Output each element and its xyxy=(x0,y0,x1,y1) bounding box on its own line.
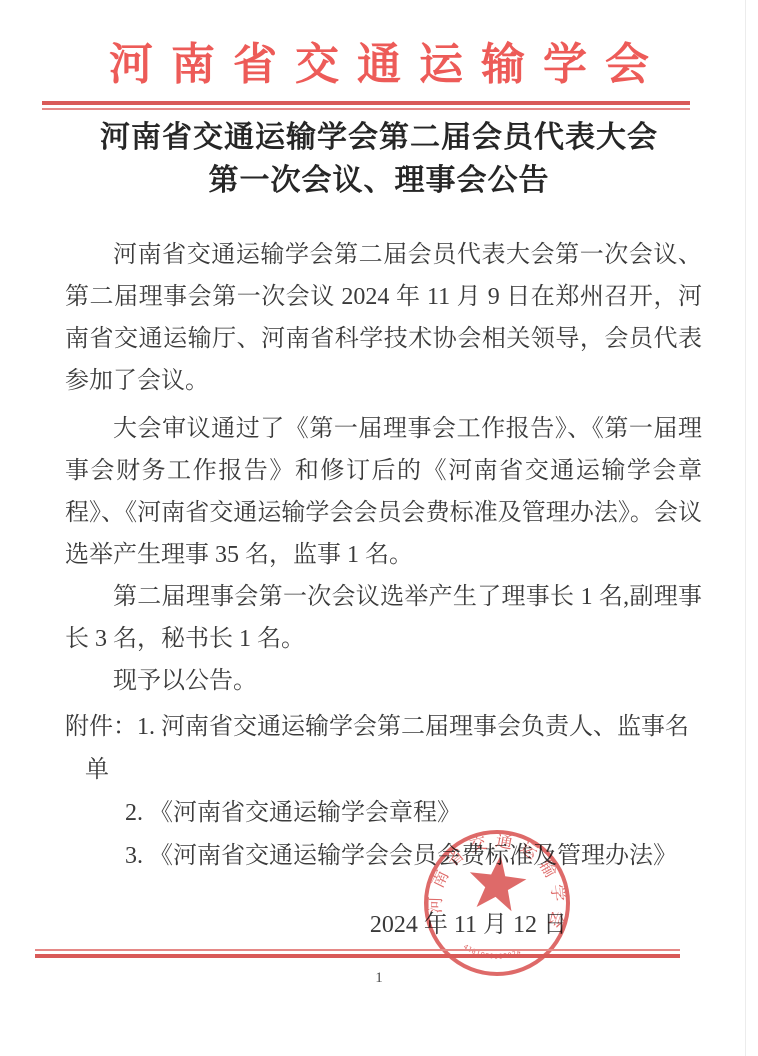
body-text: 河南省交通运输学会第二届会员代表大会第一次会议、第二届理事会第一次会议 2024… xyxy=(65,234,702,702)
attachment-label: 附件： xyxy=(65,714,137,740)
paragraph-4: 现予以公告。 xyxy=(65,660,702,702)
signoff-date: 2024 年 11 月 12 日 xyxy=(65,905,702,945)
document-title-line2: 第一次会议、理事会公告 xyxy=(0,159,758,202)
attachment-section: 附件：1. 河南省交通运输学会第二届理事会负责人、监事名 单 2. 《河南省交通… xyxy=(65,706,725,878)
attachment-item-1: 附件：1. 河南省交通运输学会第二届理事会负责人、监事名 xyxy=(65,706,725,749)
page-number: 1 xyxy=(0,970,758,987)
footer-divider-thick-line xyxy=(35,954,680,958)
attachment-item-1-text: 1. 河南省交通运输学会第二届理事会负责人、监事名 xyxy=(137,714,689,740)
attachment-item-1-wrap: 单 xyxy=(85,749,725,792)
document-title: 河南省交通运输学会第二届会员代表大会 第一次会议、理事会公告 xyxy=(0,116,758,202)
document-page: 河南省交通运输学会 河南省交通运输学会第二届会员代表大会 第一次会议、理事会公告… xyxy=(0,0,758,1056)
document-title-line1: 河南省交通运输学会第二届会员代表大会 xyxy=(0,116,758,159)
letterhead-divider-thin-line xyxy=(42,108,690,110)
official-seal-stamp: 河南省交通运输学会 4181090088024 xyxy=(417,823,577,983)
footer-divider xyxy=(35,949,680,958)
paragraph-3: 第二届理事会第一次会议选举产生了理事长 1 名,副理事长 3 名，秘书长 1 名… xyxy=(65,576,702,660)
paragraph-1: 河南省交通运输学会第二届会员代表大会第一次会议、第二届理事会第一次会议 2024… xyxy=(65,234,702,402)
letterhead-org-name: 河南省交通运输学会 xyxy=(0,36,758,94)
paragraph-2: 大会审议通过了《第一届理事会工作报告》、《第一届理事会财务工作报告》和修订后的《… xyxy=(65,408,702,576)
seal-star-icon xyxy=(466,852,529,913)
letterhead-divider xyxy=(42,101,690,110)
